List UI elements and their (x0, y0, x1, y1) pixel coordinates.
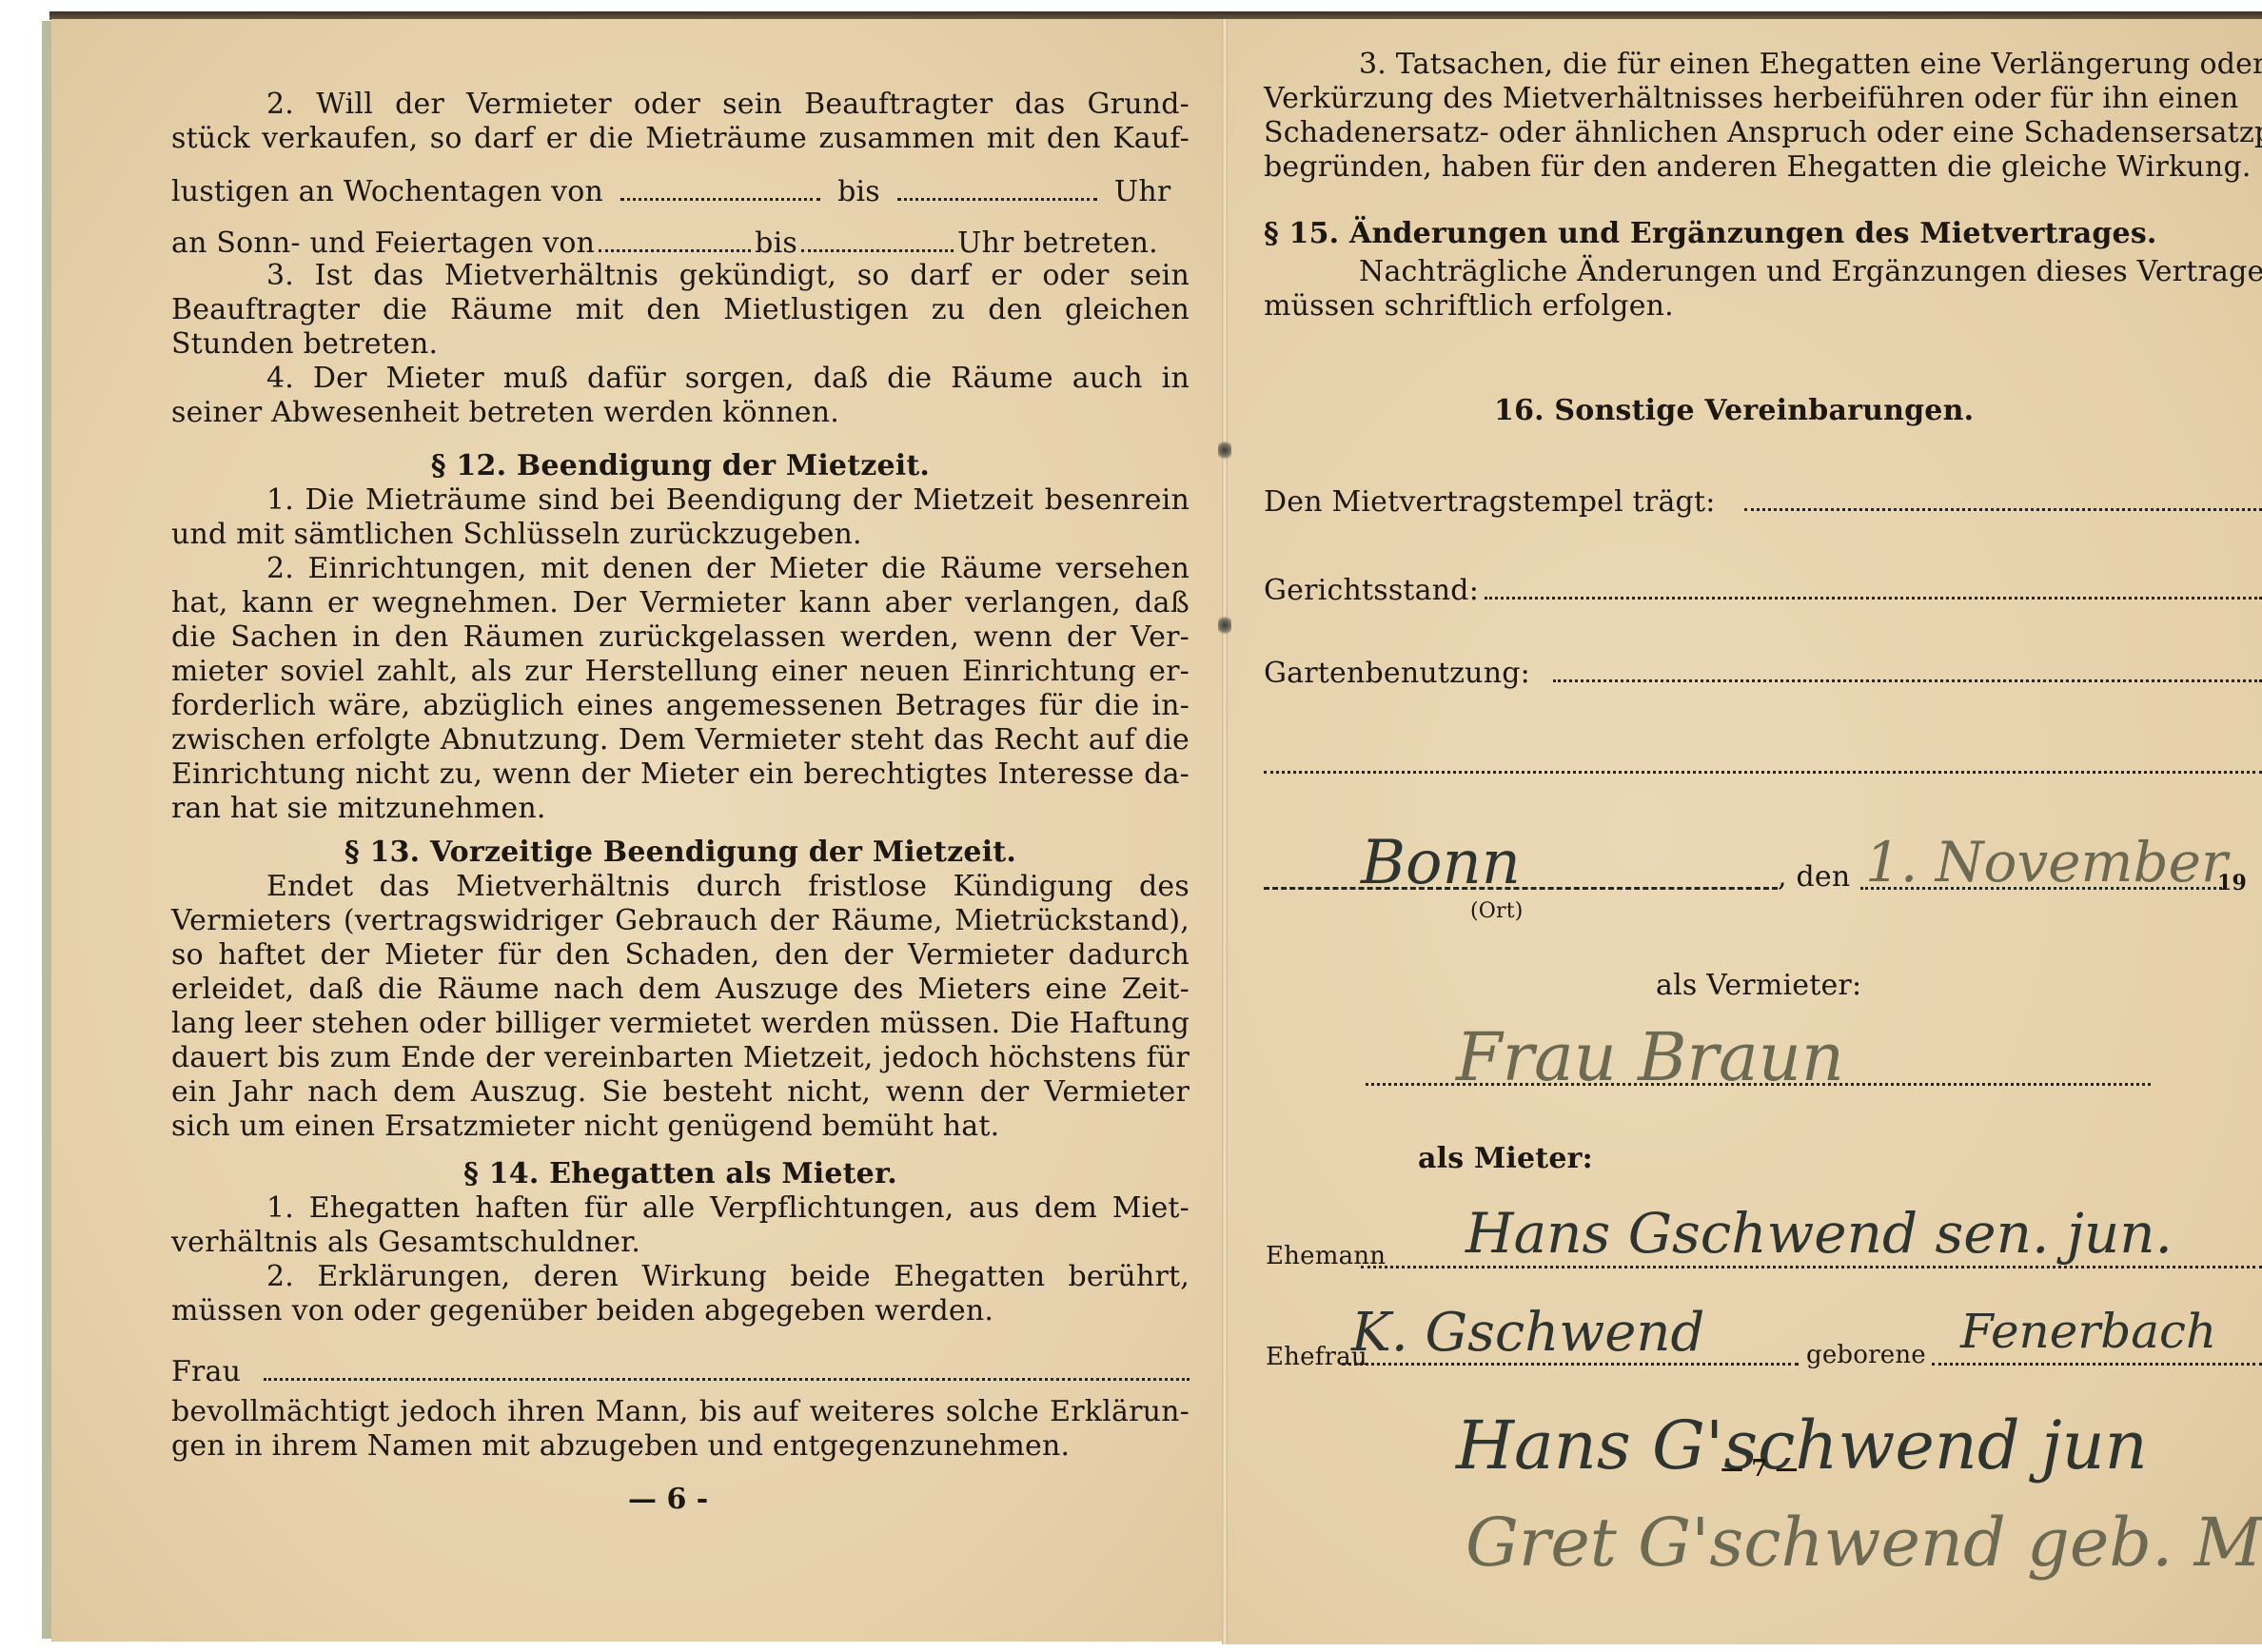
booklet-spine (1222, 19, 1228, 1644)
born-field[interactable] (1932, 1363, 2262, 1366)
para15-line: müssen schriftlich erfolgen. (1264, 289, 1674, 324)
year-prefix: 19 (2217, 866, 2247, 900)
tenant-signature-1: Hans G'schwend jun (1456, 1406, 2148, 1485)
para12-line: 1. Die Mieträume sind bei Beendigung der… (171, 483, 1190, 518)
holiday-hours-line: an Sonn- und Feiertagen von bis Uhr betr… (171, 226, 1190, 261)
holiday-bis-label: bis (755, 226, 797, 261)
para11-item3-line1: 3. Ist das Mietverhältnis gekündigt, so … (171, 259, 1190, 293)
para13-line: erleidet, daß die Räume nach dem Auszuge… (171, 973, 1190, 1007)
weekday-to-field[interactable] (897, 198, 1097, 201)
para13-line: Endet das Mietverhältnis durch fristlose… (171, 870, 1190, 904)
staple-top (1218, 440, 1231, 461)
frau-name-field[interactable] (264, 1378, 1190, 1381)
para14-line: 2. Erklärungen, deren Wirkung beide Eheg… (171, 1260, 1190, 1294)
para12-heading: § 12. Beendigung der Mietzeit. (171, 449, 1190, 483)
weekday-bis-label: bis (837, 175, 880, 209)
para14-line: 1. Ehegatten haften für alle Verpflichtu… (171, 1191, 1190, 1226)
para12-line: die Sachen in den Räumen zurückgelassen … (171, 620, 1190, 655)
husband-field[interactable] (1361, 1266, 2262, 1268)
tenant-signature-2: Gret G'schwend geb. Müller (1465, 1504, 2262, 1582)
para13-line: lang leer stehen oder billiger vermietet… (171, 1007, 1190, 1041)
para14-item3-line: begründen, haben für den anderen Ehegatt… (1264, 150, 2252, 185)
court-label: Gerichtsstand: (1264, 574, 1479, 608)
place-handwritten: Bonn (1361, 828, 1521, 898)
page-number-left: — 6 - (628, 1483, 708, 1516)
para12-line: mieter soviel zahlt, als zur Herstellung… (171, 655, 1190, 689)
stamp-label: Den Mietvertragstempel trägt: (1264, 485, 1716, 520)
garden-line: Gartenbenutzung: (1264, 657, 2262, 691)
garden-field[interactable] (1553, 679, 2262, 682)
para14-item3-line: Verkürzung des Mietverhältnisses herbeif… (1264, 82, 2239, 116)
para11-item3-line2: Beauftragter die Räume mit den Mietlusti… (171, 293, 1190, 327)
landlord-label: als Vermieter: (1656, 969, 1861, 1003)
para16-heading: 16. Sonstige Vereinbarungen. (1494, 394, 1974, 428)
para11-item4-line1: 4. Der Mieter muß dafür sorgen, daß die … (171, 362, 1190, 396)
court-line: Gerichtsstand: (1264, 574, 2262, 608)
para13-line: sich um einen Ersatzmieter nicht genügen… (171, 1110, 999, 1144)
para12-line: hat, kann er wegnehmen. Der Vermieter ka… (171, 586, 1190, 620)
stamp-line: Den Mietvertragstempel trägt: (1264, 485, 2262, 520)
para14-line: müssen von oder gegenüber beiden abgegeb… (171, 1294, 993, 1328)
para12-line: forderlich wäre, abzüglich eines angemes… (171, 689, 1190, 723)
para15-heading: § 15. Änderungen und Ergänzungen des Mie… (1264, 217, 2157, 251)
para14-after-frau-line: gen in ihrem Namen mit abzugeben und ent… (171, 1429, 1070, 1464)
para12-line: 2. Einrichtungen, mit denen der Mieter d… (171, 552, 1190, 586)
para13-line: dauert bis zum Ende der vereinbarten Mie… (171, 1041, 1190, 1075)
frau-label: Frau (171, 1355, 241, 1389)
garden-label: Gartenbenutzung: (1264, 657, 1530, 691)
place-caption: (Ort) (1470, 895, 1524, 929)
weekday-hours-line: lustigen an Wochentagen von bis Uhr (171, 175, 1190, 209)
weekday-label: lustigen an Wochentagen von (171, 175, 603, 209)
para11-item2-line1: 2. Will der Vermieter oder sein Beauftra… (171, 88, 1190, 122)
court-field[interactable] (1485, 597, 2262, 600)
para12-line: ran hat sie mitzunehmen. (171, 792, 546, 826)
para12-line: zwischen erfolgte Abnutzung. Dem Vermiet… (171, 723, 1190, 757)
para11-item4-line2: seiner Abwesenheit betreten werden könne… (171, 396, 839, 430)
weekday-from-field[interactable] (620, 198, 820, 201)
para11-item2-line2: stück verkaufen, so darf er die Mieträum… (171, 122, 1190, 156)
holiday-from-field[interactable] (599, 249, 751, 252)
para15-line: Nachträgliche Änderungen und Ergänzungen… (1264, 255, 2262, 289)
para14-line: verhältnis als Gesamtschuldner. (171, 1226, 640, 1260)
landlord-signature: Frau Braun (1456, 1018, 1844, 1096)
born-label: geborene (1806, 1338, 1926, 1372)
holiday-uhr-label: Uhr betreten. (957, 226, 1158, 261)
date-prefix: , den (1778, 860, 1850, 895)
para14-item3-line: Schadenersatz- oder ähnlichen Anspruch o… (1264, 116, 2262, 150)
stamp-field[interactable] (1744, 508, 2262, 511)
holiday-to-field[interactable] (801, 249, 954, 252)
para14-heading: § 14. Ehegatten als Mieter. (171, 1157, 1190, 1191)
para13-heading: § 13. Vorzeitige Beendigung der Mietzeit… (171, 836, 1190, 870)
para14-after-frau-line: bevollmächtigt jedoch ihren Mann, bis au… (171, 1395, 1190, 1429)
extra-agreement-field[interactable] (1264, 771, 2262, 774)
para13-line: ein Jahr nach dem Auszug. Sie besteht ni… (171, 1075, 1190, 1110)
para12-line: Einrichtung nicht zu, wenn der Mieter ei… (171, 757, 1190, 792)
born-handwritten: Fenerbach (1960, 1304, 2216, 1359)
frau-line: Frau (171, 1355, 1190, 1389)
staple-bottom (1218, 615, 1231, 636)
para13-line: so haftet der Mieter für den Schaden, de… (171, 938, 1190, 973)
husband-handwritten: Hans Gschwend sen. jun. (1465, 1201, 2173, 1266)
wife-handwritten: K. Gschwend (1351, 1302, 1704, 1364)
holiday-label: an Sonn- und Feiertagen von (171, 226, 595, 261)
tenant-label: als Mieter: (1418, 1142, 1593, 1176)
page-number-right: — 7 — (1721, 1454, 1798, 1482)
date-handwritten: 1. November (1865, 830, 2228, 895)
para11-item3-line3: Stunden betreten. (171, 327, 438, 362)
para14-item3-line: 3. Tatsachen, die für einen Ehegatten ei… (1264, 48, 2262, 82)
para13-line: Vermieters (vertragswidriger Gebrauch de… (171, 904, 1190, 938)
weekday-uhr-label: Uhr (1114, 175, 1171, 209)
para12-line: und mit sämtlichen Schlüsseln zurückzuge… (171, 518, 862, 552)
place-field[interactable] (1264, 887, 1778, 890)
